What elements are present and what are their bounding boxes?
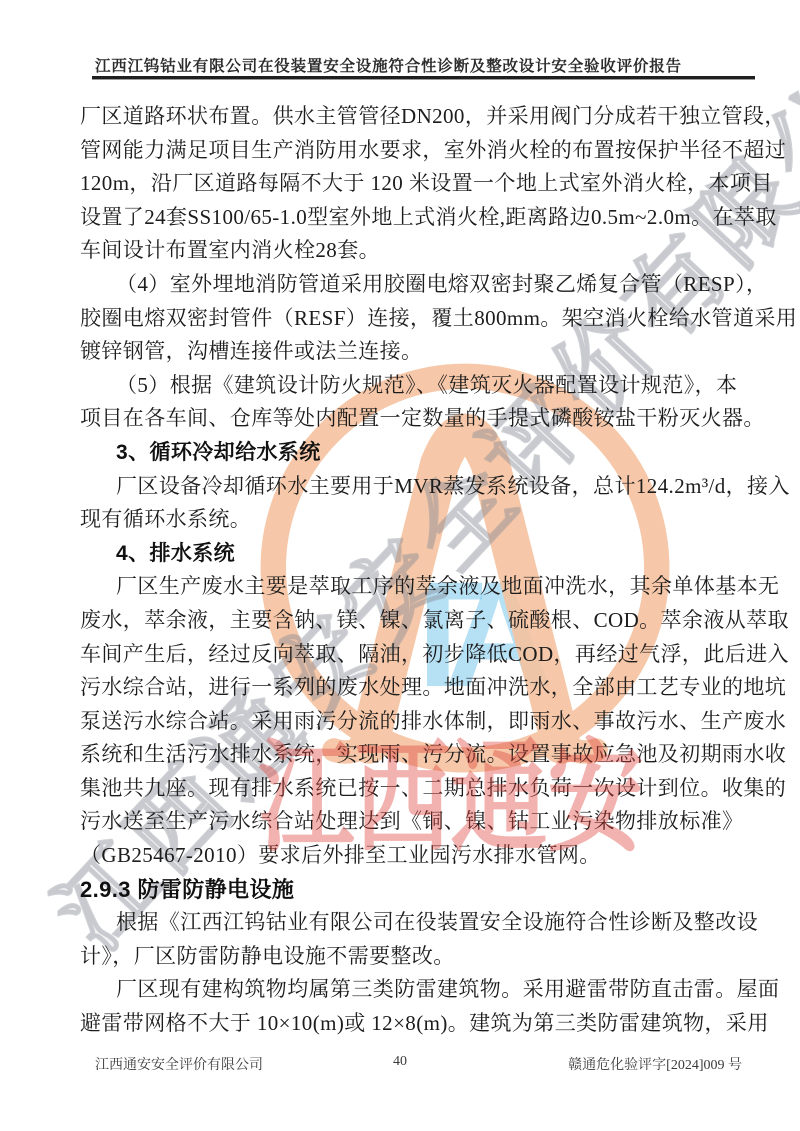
report-page: { "header": { "title": "江西江钨钴业有限公司在役装置安全… — [0, 0, 800, 1131]
header-rule — [92, 76, 755, 80]
body-line: 污水送至生产污水综合站处理达到《铜、镍、钴工业污染物排放标准》 — [80, 805, 724, 839]
body-line: 避雷带网格不大于 10×10(m)或 12×8(m)。建筑为第三类防雷建筑物，采… — [80, 1007, 724, 1041]
body-line: （4）室外埋地消防管道采用胶圈电熔双密封聚乙烯复合管（RESP）， — [80, 268, 724, 302]
body-line: 厂区设备冷却循环水主要用于MVR蒸发系统设备，总计124.2m³/d，接入 — [80, 470, 724, 504]
body-line: 泵送污水综合站。采用雨污分流的排水体制，即雨水、事故污水、生产废水 — [80, 705, 724, 739]
body-line: 厂区道路环状布置。供水主管管径DN200，并采用阀门分成若干独立管段， — [80, 100, 724, 134]
body-line: 车间设计布置室内消火栓28套。 — [80, 234, 724, 268]
body-line: 现有循环水系统。 — [80, 503, 724, 537]
body-line: 污水综合站，进行一系列的废水处理。地面冲洗水，全部由工艺专业的地坑 — [80, 671, 724, 705]
heading-line: 2.9.3 防雷防静电设施 — [80, 873, 724, 907]
heading-line: 3、循环冷却给水系统 — [80, 436, 724, 470]
body-line: （GB25467-2010）要求后外排至工业园污水排水管网。 — [80, 839, 724, 873]
body-line: 根据《江西江钨钴业有限公司在役装置安全设施符合性诊断及整改设 — [80, 906, 724, 940]
body-line: 120m，沿厂区道路每隔不大于 120 米设置一个地上式室外消火栓，本项目 — [80, 167, 724, 201]
document-body: 厂区道路环状布置。供水主管管径DN200，并采用阀门分成若干独立管段，管网能力满… — [80, 100, 724, 1041]
body-line: 废水，萃余液，主要含钠、镁、镍、氯离子、硫酸根、COD。萃余液从萃取 — [80, 604, 724, 638]
body-line: 集池共九座。现有排水系统已按一、二期总排水负荷一次设计到位。收集的 — [80, 772, 724, 806]
body-line: 厂区现有建构筑物均属第三类防雷建筑物。采用避雷带防直击雷。屋面 — [80, 973, 724, 1007]
body-line: （5）根据《建筑设计防火规范》、《建筑灭火器配置设计规范》，本 — [80, 369, 724, 403]
body-line: 项目在各车间、仓库等处内配置一定数量的手提式磷酸铵盐干粉灭火器。 — [80, 402, 724, 436]
body-line: 车间产生后，经过反向萃取、隔油，初步降低COD，再经过气浮，此后进入 — [80, 638, 724, 672]
body-line: 镀锌钢管，沟槽连接件或法兰连接。 — [80, 335, 724, 369]
body-line: 胶圈电熔双密封管件（RESF）连接，覆土800mm。架空消火栓给水管道采用 — [80, 302, 724, 336]
heading-line: 4、排水系统 — [80, 537, 724, 571]
body-line: 厂区生产废水主要是萃取工序的萃余液及地面冲洗水，其余单体基本无 — [80, 570, 724, 604]
body-line: 管网能力满足项目生产消防用水要求，室外消火栓的布置按保护半径不超过 — [80, 134, 724, 168]
footer-doc-number: 赣通危化验评字[2024]009 号 — [568, 1054, 742, 1074]
body-line: 系统和生活污水排水系统，实现雨、污分流。设置事故应急池及初期雨水收 — [80, 738, 724, 772]
body-line: 设置了24套SS100/65-1.0型室外地上式消火栓,距离路边0.5m~2.0… — [80, 201, 724, 235]
page-header-title: 江西江钨钴业有限公司在役装置安全设施符合性诊断及整改设计安全验收评价报告 — [95, 54, 755, 76]
body-line: 计》，厂区防雷防静电设施不需要整改。 — [80, 940, 724, 974]
